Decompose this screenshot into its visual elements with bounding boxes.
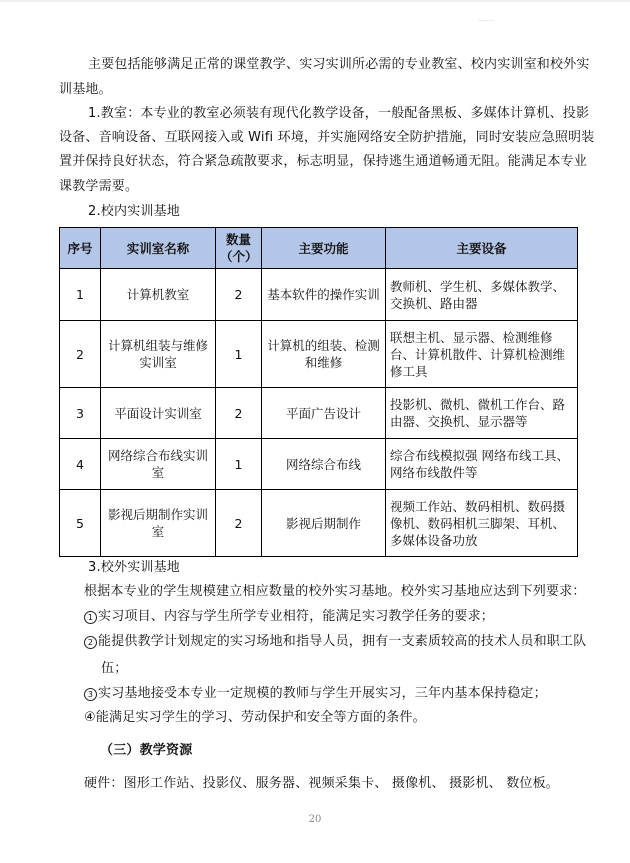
cell-function: 基本软件的操作实训	[262, 269, 386, 321]
header-name: 实训室名称	[101, 228, 216, 269]
requirement-text: 能满足实习学生的学习、劳动保护和安全等方面的条件。	[96, 710, 426, 725]
page-number: 20	[0, 814, 630, 825]
cell-function: 影视后期制作	[262, 490, 386, 557]
header-equipment: 主要设备	[386, 228, 578, 269]
page-top-edge	[0, 0, 630, 2]
cell-qty: 2	[216, 490, 262, 557]
requirement-text: 实习基地接受本专业一定规模的教师与学生开展实习，三年内基本保持稳定；	[98, 686, 547, 701]
requirement-item-4: ④能满足实习学生的学习、劳动保护和安全等方面的条件。	[84, 706, 426, 730]
cell-no: 2	[60, 321, 101, 388]
table-row: 1 计算机教室 2 基本软件的操作实训 教师机、学生机、多媒体教学、交换机、路由…	[60, 269, 578, 321]
cell-equipment: 投影机、微机、微机工作台、路由器、交换机、显示器等	[386, 388, 578, 439]
cell-name: 平面设计实训室	[101, 388, 216, 439]
cell-qty: 2	[216, 269, 262, 321]
header-qty: 数量（个）	[216, 228, 262, 269]
requirement-text: 实习项目、内容与学生所学专业相符，能满足实习教学任务的要求；	[98, 609, 494, 624]
cell-name: 计算机组装与维修实训室	[101, 321, 216, 388]
requirement-item-2-cont: 伍；	[101, 657, 127, 681]
table-row: 3 平面设计实训室 2 平面广告设计 投影机、微机、微机工作台、路由器、交换机、…	[60, 388, 578, 439]
header-qty-line1: 数量	[226, 232, 251, 247]
classroom-line-4: 课教学需要。	[59, 175, 138, 199]
requirement-text: 能提供教学计划规定的实习场地和指导人员，拥有一支素质较高的技术人员和职工队	[98, 634, 586, 649]
cell-equipment: 联想主机、显示器、检测维修台、计算机散件、计算机检测维修工具	[386, 321, 578, 388]
cell-name: 计算机教室	[101, 269, 216, 321]
table-row: 4 网络综合布线实训室 1 网络综合布线 综合布线模拟强 网络布线工具、网络布线…	[60, 439, 578, 490]
circled-number-1: 1	[84, 611, 97, 624]
cell-no: 3	[60, 388, 101, 439]
cell-no: 1	[60, 269, 101, 321]
header-qty-line2: （个）	[220, 249, 258, 264]
classroom-line-2: 设备、音响设备、互联网接入或 Wifi 环境，并实施网络安全防护措施，同时安装应…	[59, 126, 594, 150]
cell-function: 网络综合布线	[262, 439, 386, 490]
table-row: 5 影视后期制作实训室 2 影视后期制作 视频工作站、数码相机、数码摄像机、数码…	[60, 490, 578, 557]
requirement-item-2: 2能提供教学计划规定的实习场地和指导人员，拥有一支素质较高的技术人员和职工队	[84, 630, 586, 654]
cell-no: 5	[60, 490, 101, 557]
cell-equipment: 教师机、学生机、多媒体教学、交换机、路由器	[386, 269, 578, 321]
training-rooms-table: 序号 实训室名称 数量（个） 主要功能 主要设备 1 计算机教室 2 基本软件的…	[59, 227, 578, 557]
intro-line-2: 训基地。	[59, 78, 112, 102]
cell-equipment: 视频工作站、数码相机、数码摄像机、数码相机三脚架、耳机、多媒体设备功放	[386, 490, 578, 557]
cell-function: 计算机的组装、检测和维修	[262, 321, 386, 388]
circled-number-4: ④	[84, 710, 96, 725]
requirement-item-1: 1实习项目、内容与学生所学专业相符，能满足实习教学任务的要求；	[84, 605, 494, 629]
requirement-item-3: 3实习基地接受本专业一定规模的教师与学生开展实习，三年内基本保持稳定；	[84, 682, 547, 706]
table-row: 2 计算机组装与维修实训室 1 计算机的组装、检测和维修 联想主机、显示器、检测…	[60, 321, 578, 388]
cell-name: 影视后期制作实训室	[101, 490, 216, 557]
offcampus-intro: 根据本专业的学生规模建立相应数量的校外实习基地。校外实习基地应达到下列要求：	[84, 580, 586, 604]
classroom-line-1: 1.教室：本专业的教室必须装有现代化教学设备，一般配备黑板、多媒体计算机、投影	[88, 102, 589, 126]
header-no: 序号	[60, 228, 101, 269]
cell-equipment: 综合布线模拟强 网络布线工具、网络布线散件等	[386, 439, 578, 490]
cell-qty: 1	[216, 439, 262, 490]
circled-number-3: 3	[84, 688, 97, 701]
cell-function: 平面广告设计	[262, 388, 386, 439]
oncampus-heading: 2.校内实训基地	[88, 200, 180, 224]
circled-number-2: 2	[84, 636, 97, 649]
classroom-line-3: 置并保持良好状态，符合紧急疏散要求，标志明显，保持逃生通道畅通无阻。能满足本专业	[59, 150, 587, 174]
cell-qty: 2	[216, 388, 262, 439]
intro-line-1: 主要包括能够满足正常的课堂教学、实习实训所必需的专业教室、校内实训室和校外实	[88, 53, 590, 77]
cell-qty: 1	[216, 321, 262, 388]
offcampus-heading: 3.校外实训基地	[88, 556, 180, 580]
header-function: 主要功能	[262, 228, 386, 269]
header-mark	[478, 20, 494, 21]
hardware-line: 硬件：图形工作站、投影仪、服务器、视频采集卡、 摄像机、 摄影机、 数位板。	[84, 772, 559, 796]
table-header-row: 序号 实训室名称 数量（个） 主要功能 主要设备	[60, 228, 578, 269]
cell-no: 4	[60, 439, 101, 490]
resources-heading: （三）教学资源	[100, 739, 192, 763]
cell-name: 网络综合布线实训室	[101, 439, 216, 490]
